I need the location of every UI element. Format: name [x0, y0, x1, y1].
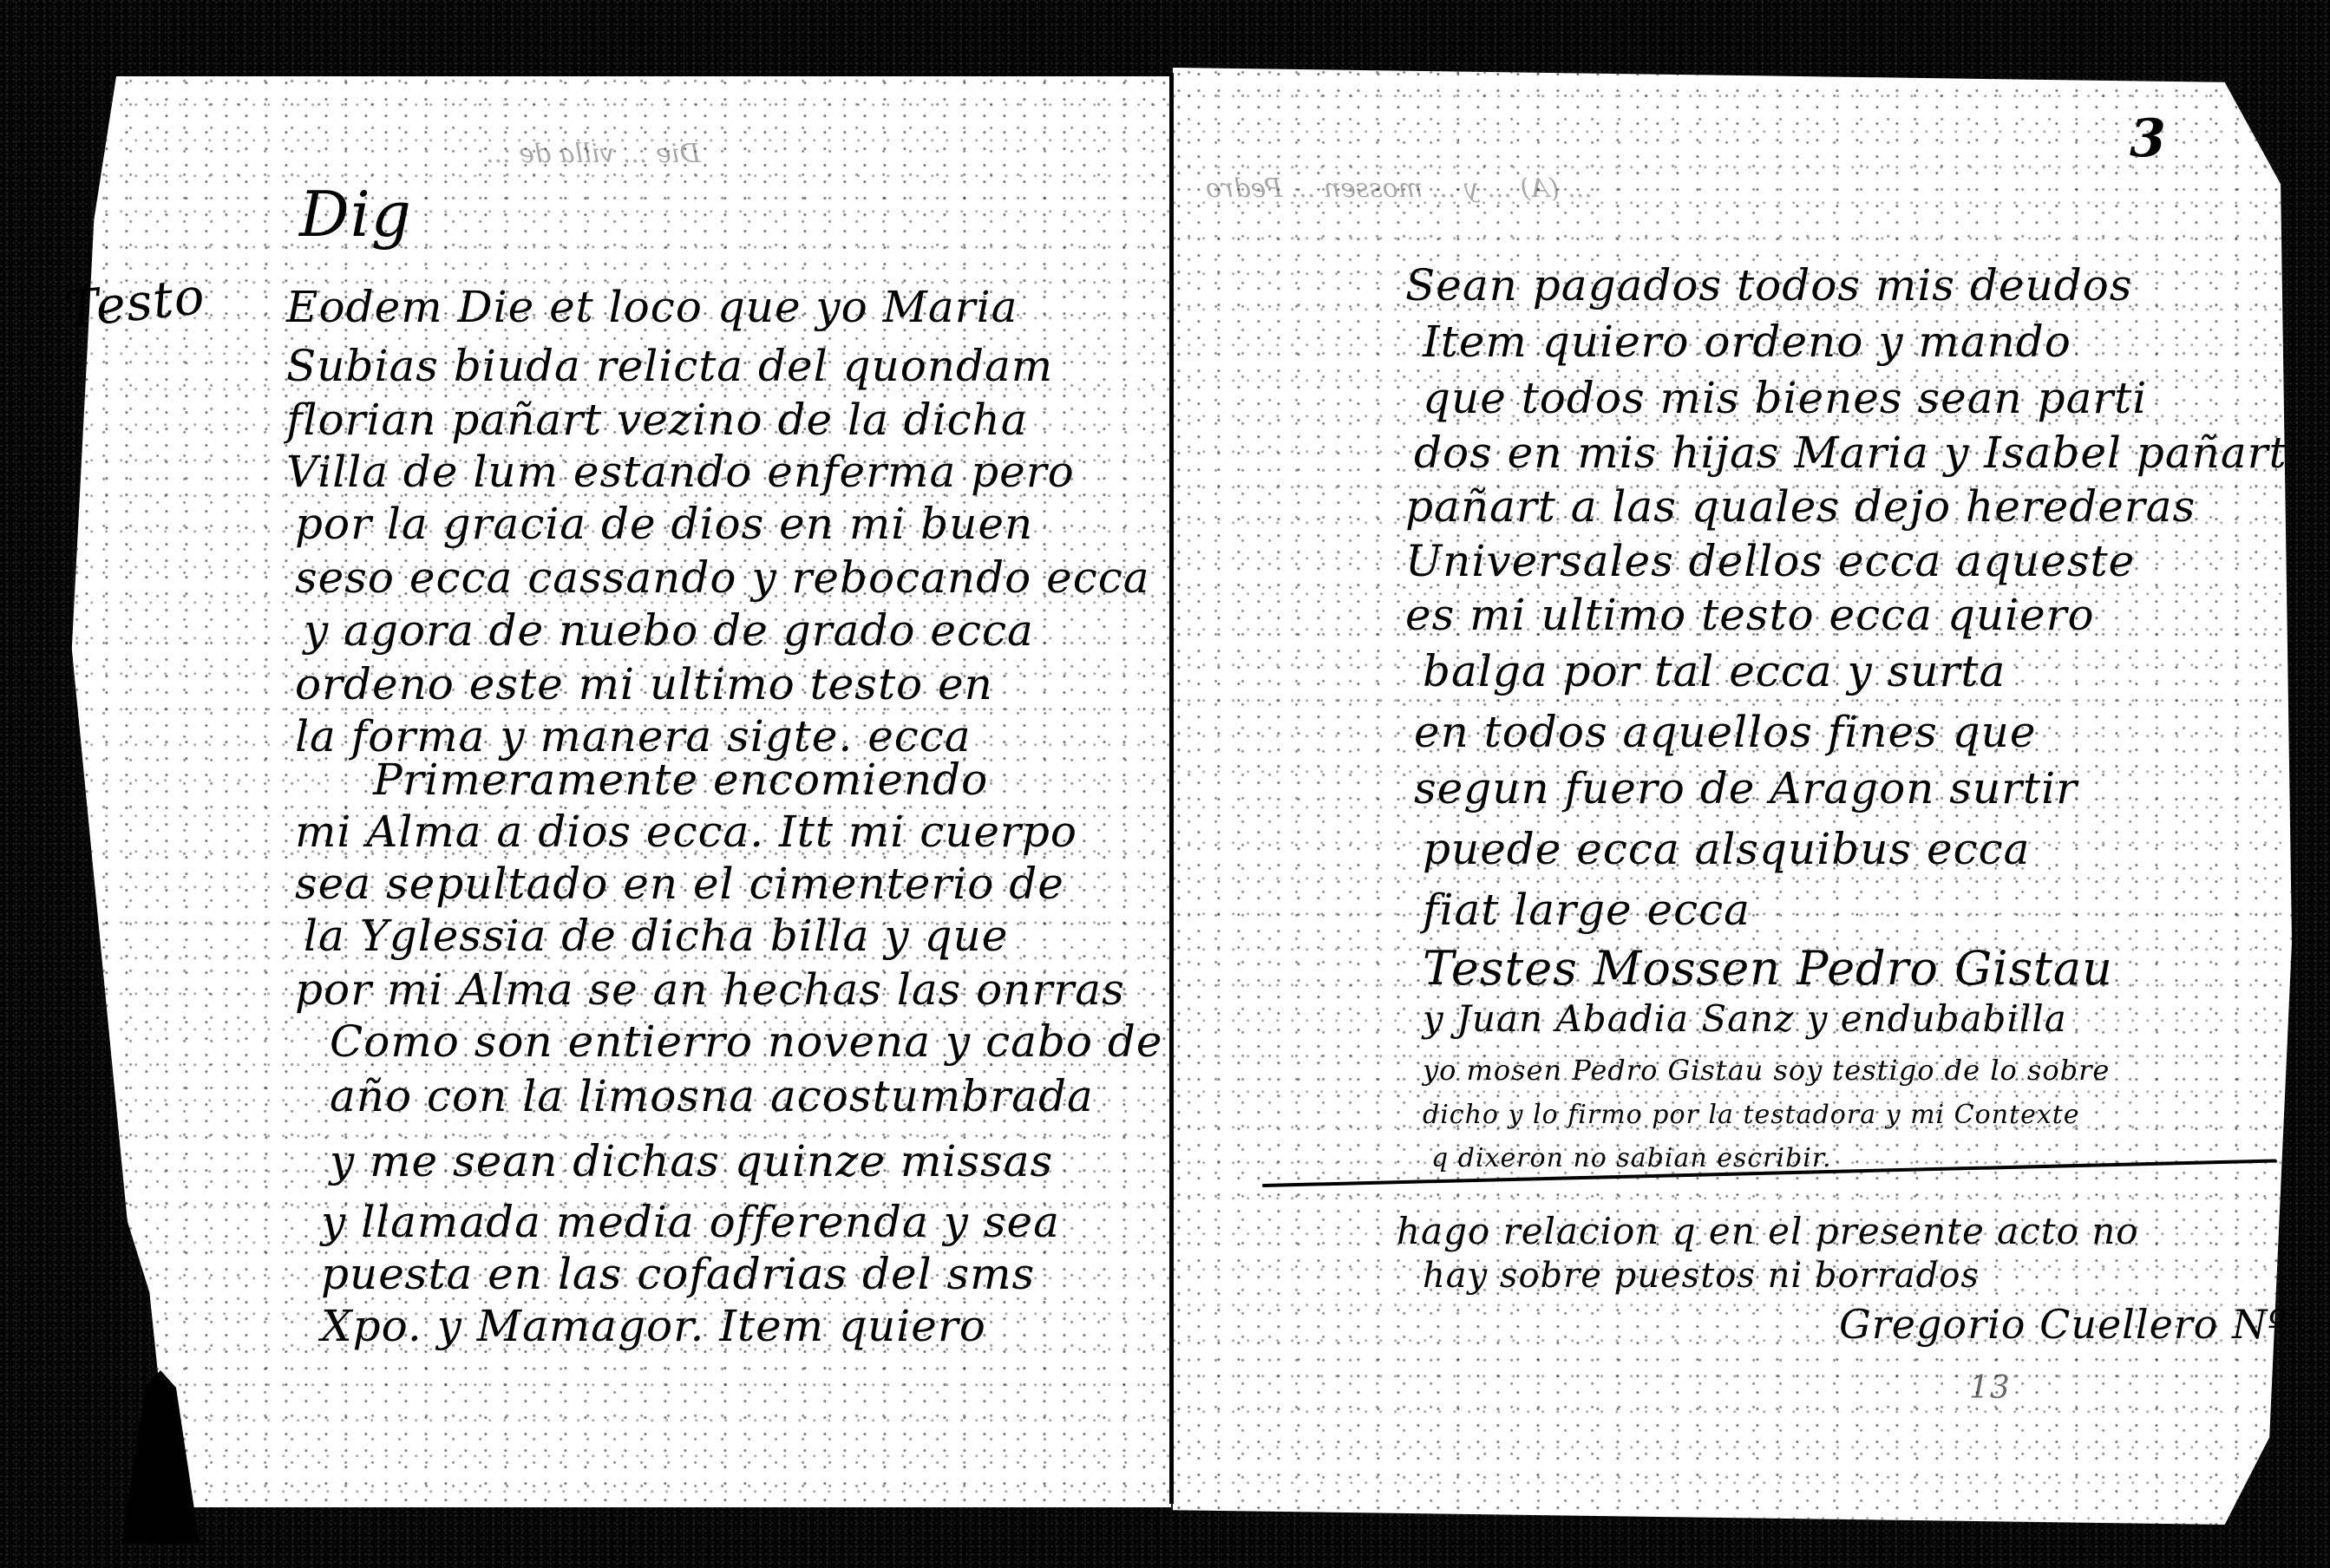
- right-line-10: segun fuero de Aragon surtir: [1414, 763, 2078, 813]
- bleed-through-right: ... (A) ... y ... mossen ... Pedro: [1206, 173, 1593, 204]
- witness-line-3: yo mosen Pedro Gistau soy testigo de lo …: [1423, 1054, 2110, 1087]
- faint-bottom-mark: 13: [1969, 1370, 2011, 1406]
- right-line-12: fiat large ecca: [1423, 885, 1751, 935]
- right-line-8: balga por tal ecca y surta: [1423, 646, 2006, 696]
- left-line-2: Subias biuda relicta del quondam: [286, 341, 1053, 391]
- witness-line-1: Testes Mossen Pedro Gistau: [1423, 941, 2113, 996]
- left-line-11: mi Alma a dios ecca. Itt mi cuerpo: [295, 807, 1077, 857]
- folio-number: 3: [2130, 108, 2167, 169]
- right-line-4: dos en mis hijas Maria y Isabel pañart: [1414, 428, 2287, 478]
- left-line-13: la Yglessia de dicha billa y que: [304, 911, 1008, 961]
- left-line-8: ordeno este mi ultimo testo en: [295, 659, 993, 709]
- page-gutter: [1169, 73, 1174, 1504]
- right-line-7: es mi ultimo testo ecca quiero: [1405, 590, 2095, 640]
- left-line-18: y llamada media offerenda y sea: [321, 1197, 1060, 1247]
- left-line-17: y me sean dichas quinze missas: [330, 1136, 1053, 1186]
- left-line-16: año con la limosna acostumbrada: [330, 1071, 1094, 1121]
- left-line-6: seso ecca cassando y rebocando ecca: [295, 552, 1150, 603]
- witness-line-4: dicho y lo firmo por la testadora y mi C…: [1423, 1100, 2080, 1130]
- witness-line-2: y Juan Abadia Sanz y endubabilla: [1423, 997, 2067, 1040]
- left-line-7: y agora de nuebo de grado ecca: [304, 605, 1034, 656]
- right-line-11: puede ecca alsquibus ecca: [1423, 824, 2030, 874]
- scanned-document: Die ... villa de ... ... (A) ... y ... m…: [0, 0, 2330, 1568]
- folio-mark: Dig: [299, 178, 412, 251]
- left-line-1: Eodem Die et loco que yo Maria: [286, 282, 1018, 332]
- right-line-1: Sean pagados todos mis deudos: [1405, 260, 2132, 310]
- right-line-2: Item quiero ordeno y mando: [1423, 317, 2071, 367]
- right-line-6: Universales dellos ecca aqueste: [1405, 536, 2135, 586]
- left-line-20: Xpo. y Mamagor. Item quiero: [321, 1301, 986, 1351]
- right-line-3: que todos mis bienes sean parti: [1423, 373, 2147, 423]
- left-line-15: Como son entierro novena y cabo de: [330, 1016, 1163, 1067]
- right-line-5: pañart a las quales dejo herederas: [1405, 481, 2196, 532]
- left-line-19: puesta en las cofadrias del sms: [321, 1249, 1035, 1299]
- left-line-14: por mi Alma se an hechas las onrras: [295, 964, 1125, 1015]
- left-line-3: florian pañart vezino de la dicha: [286, 395, 1028, 445]
- left-line-5: por la gracia de dios en mi buen: [295, 499, 1033, 549]
- notary-signature: Gregorio Cuellero Nº: [1839, 1301, 2287, 1348]
- left-line-4: Villa de lum estando enferma pero: [286, 447, 1075, 497]
- notary-note-line-2: hay sobre puestos ni borrados: [1423, 1256, 1980, 1296]
- notary-note-line-1: hago relacion q en el presente acto no: [1397, 1210, 2139, 1252]
- left-line-10: Primeramente encomiendo: [373, 755, 988, 805]
- witness-line-5: q dixeron no sabian escribir.: [1431, 1143, 1831, 1173]
- left-line-12: sea sepultado en el cimenterio de: [295, 859, 1064, 909]
- right-line-9: en todos aquellos fines que: [1414, 707, 2036, 757]
- bleed-through-left: Die ... villa de ...: [486, 139, 700, 169]
